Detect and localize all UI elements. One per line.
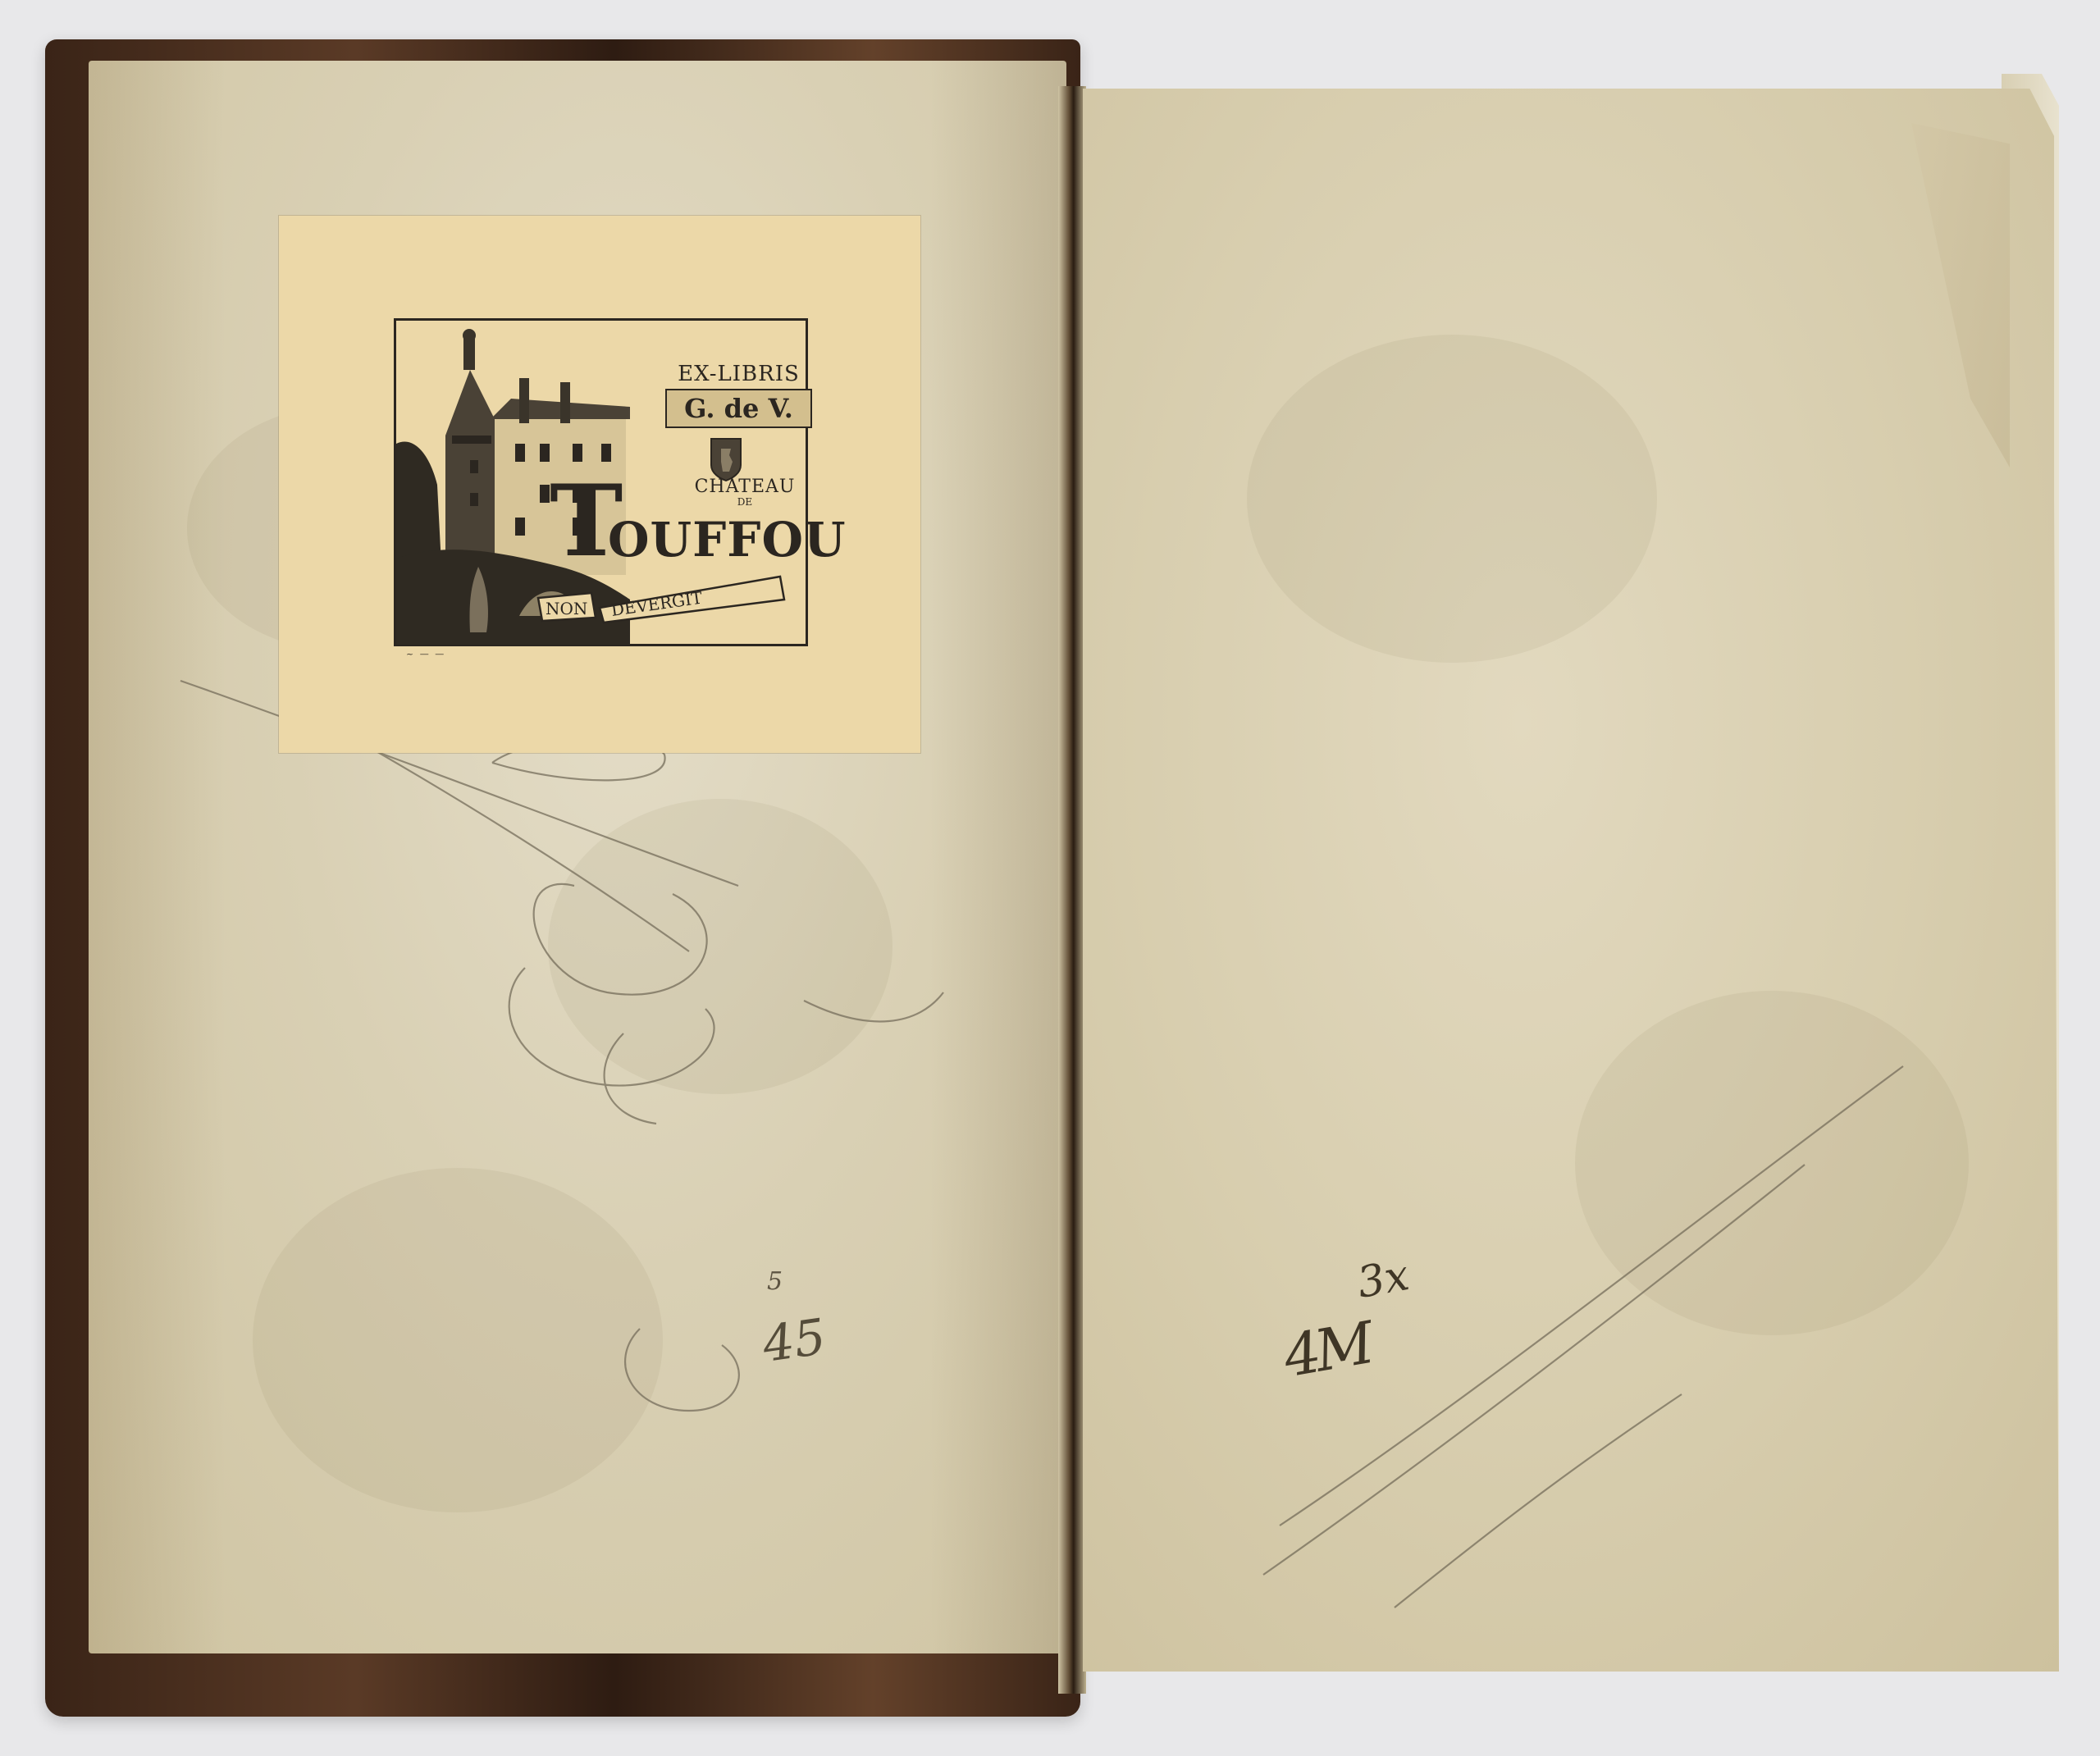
bookplate-ex-libris: EX-LIBRIS G. de V. CHATEAU DE T OUFFOU N… (279, 216, 920, 753)
owner-initials: G. de V. (665, 389, 812, 428)
ex-libris-label: EX-LIBRIS (671, 362, 806, 386)
handwritten-mark-left: 45 (760, 1308, 829, 1374)
de-label: DE (720, 496, 769, 508)
chateau-label: CHATEAU (683, 477, 806, 497)
touffou-name: OUFFOU (608, 516, 847, 563)
printer-mark: ~ — — (406, 649, 445, 659)
bookplate-frame: EX-LIBRIS G. de V. CHATEAU DE T OUFFOU N… (394, 318, 808, 646)
handwritten-mark-right-top: 3x (1354, 1251, 1413, 1308)
motto-banner: NON DEVERGIT (534, 575, 788, 624)
shield-icon (710, 437, 742, 481)
svg-text:NON: NON (546, 599, 587, 618)
handwritten-mark-small: 5 (767, 1267, 783, 1296)
